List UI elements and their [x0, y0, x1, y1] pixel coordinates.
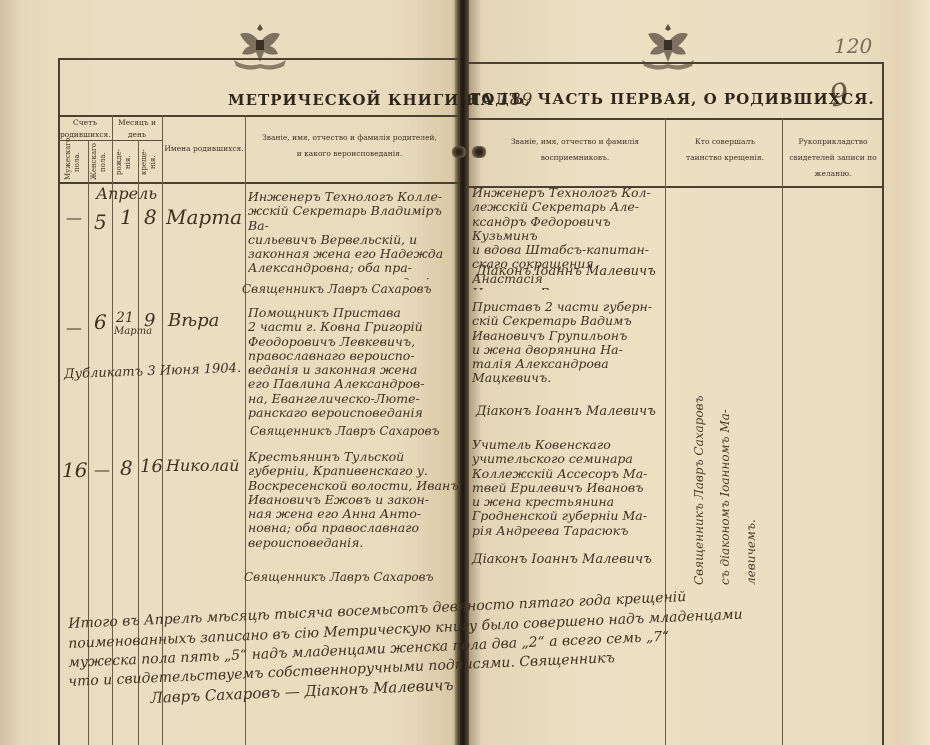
entry-1-dash: —	[66, 208, 82, 227]
entry-3-female-no: —	[94, 460, 110, 479]
entry-3-baptism-day: 16	[140, 456, 163, 477]
col-rule	[112, 115, 113, 745]
header-count-female: Женскаго пола.	[90, 144, 110, 180]
entry-1-godparents-signature: Діаконъ Іоаннъ Малевичъ	[476, 264, 656, 279]
entry-2-baptism-day: 9	[144, 310, 155, 331]
header-month-day-group: Месяцъ и день	[114, 117, 160, 141]
entry-2-name: Вѣра	[168, 310, 219, 331]
entry-3-male-no: 16	[62, 458, 87, 482]
entry-3-birth-day: 8	[120, 456, 133, 480]
entry-2-dash: —	[66, 318, 82, 337]
entry-2-birth-day: 21	[116, 310, 134, 326]
folio-number: 120	[834, 34, 872, 58]
entry-3-parents-signature: Священникъ Лавръ Сахаровъ	[244, 570, 460, 584]
title-rule-right	[466, 118, 884, 120]
entry-1-birth-day: 1	[120, 205, 133, 229]
entry-3-godparents-signature: Діаконъ Іоаннъ Малевичъ	[472, 552, 652, 567]
col-rule	[665, 118, 666, 745]
header-name: Имена родившихся.	[164, 143, 244, 155]
title-text-left: МЕТРИЧЕСКОЙ КНИГИ НА	[228, 91, 494, 109]
entry-1-parents-signature: Священникъ Лавръ Сахаровъ	[242, 282, 458, 296]
entry-2-parents-signature: Священникъ Лавръ Сахаровъ	[250, 424, 460, 438]
entry-1-parents: Инженеръ Технологъ Колле- жскій Секретар…	[248, 190, 460, 280]
header-witness-signatures: Рукоприкладство свидетелей записи по жел…	[786, 134, 880, 182]
entry-3-name: Николай	[166, 456, 239, 475]
header-godparents: Званіе, имя, отчество и фамилія восприем…	[500, 134, 650, 166]
page-title-right: ГОДЪ, ЧАСТЬ ПЕРВАЯ, О РОДИВШИХСЯ.	[470, 90, 875, 108]
entry-2-godparents-signature: Діаконъ Іоаннъ Малевичъ	[476, 404, 656, 419]
header-performed-by: Кто совершалъ таинство крещенія.	[680, 134, 770, 166]
entry-3-parents: Крестьянинъ Тульской губерніи, Крапивенс…	[248, 450, 460, 554]
binding-hole	[450, 146, 468, 158]
performed-by-line-1: Священникъ Лавръ Сахаровъ	[692, 210, 706, 585]
entry-2-parents: Помощникъ Пристава 2 части г. Ковна Григ…	[248, 306, 460, 422]
entry-1-birth-month: Апрель	[96, 184, 157, 203]
header-parents: Званіе, имя, отчество и фамилія родителе…	[262, 130, 437, 162]
header-baptism: креще-нія.	[140, 144, 160, 180]
performed-by-line-2: съ діакономъ Іоанномъ Ма-	[718, 210, 732, 585]
col-rule	[782, 118, 783, 745]
entry-1-female-no: 5	[94, 210, 107, 234]
header-birth: рожде-нія.	[115, 144, 135, 180]
entry-1-name: Марта	[166, 205, 242, 229]
title-text-right: ГОДЪ, ЧАСТЬ ПЕРВАЯ, О РОДИВШИХСЯ.	[470, 90, 875, 108]
entry-2-godparents: Приставъ 2 части губерн- скій Секретарь …	[472, 300, 662, 390]
entry-2-female-no: 6	[94, 310, 107, 334]
binding-hole	[470, 146, 488, 158]
entry-3-godparents: Учитель Ковенскаго учительского семинара…	[472, 438, 662, 540]
performed-by-line-3: левичемъ.	[744, 440, 758, 585]
entry-1-baptism-day: 8	[144, 205, 157, 229]
header-count-male: Мужескаго пола.	[64, 144, 84, 180]
